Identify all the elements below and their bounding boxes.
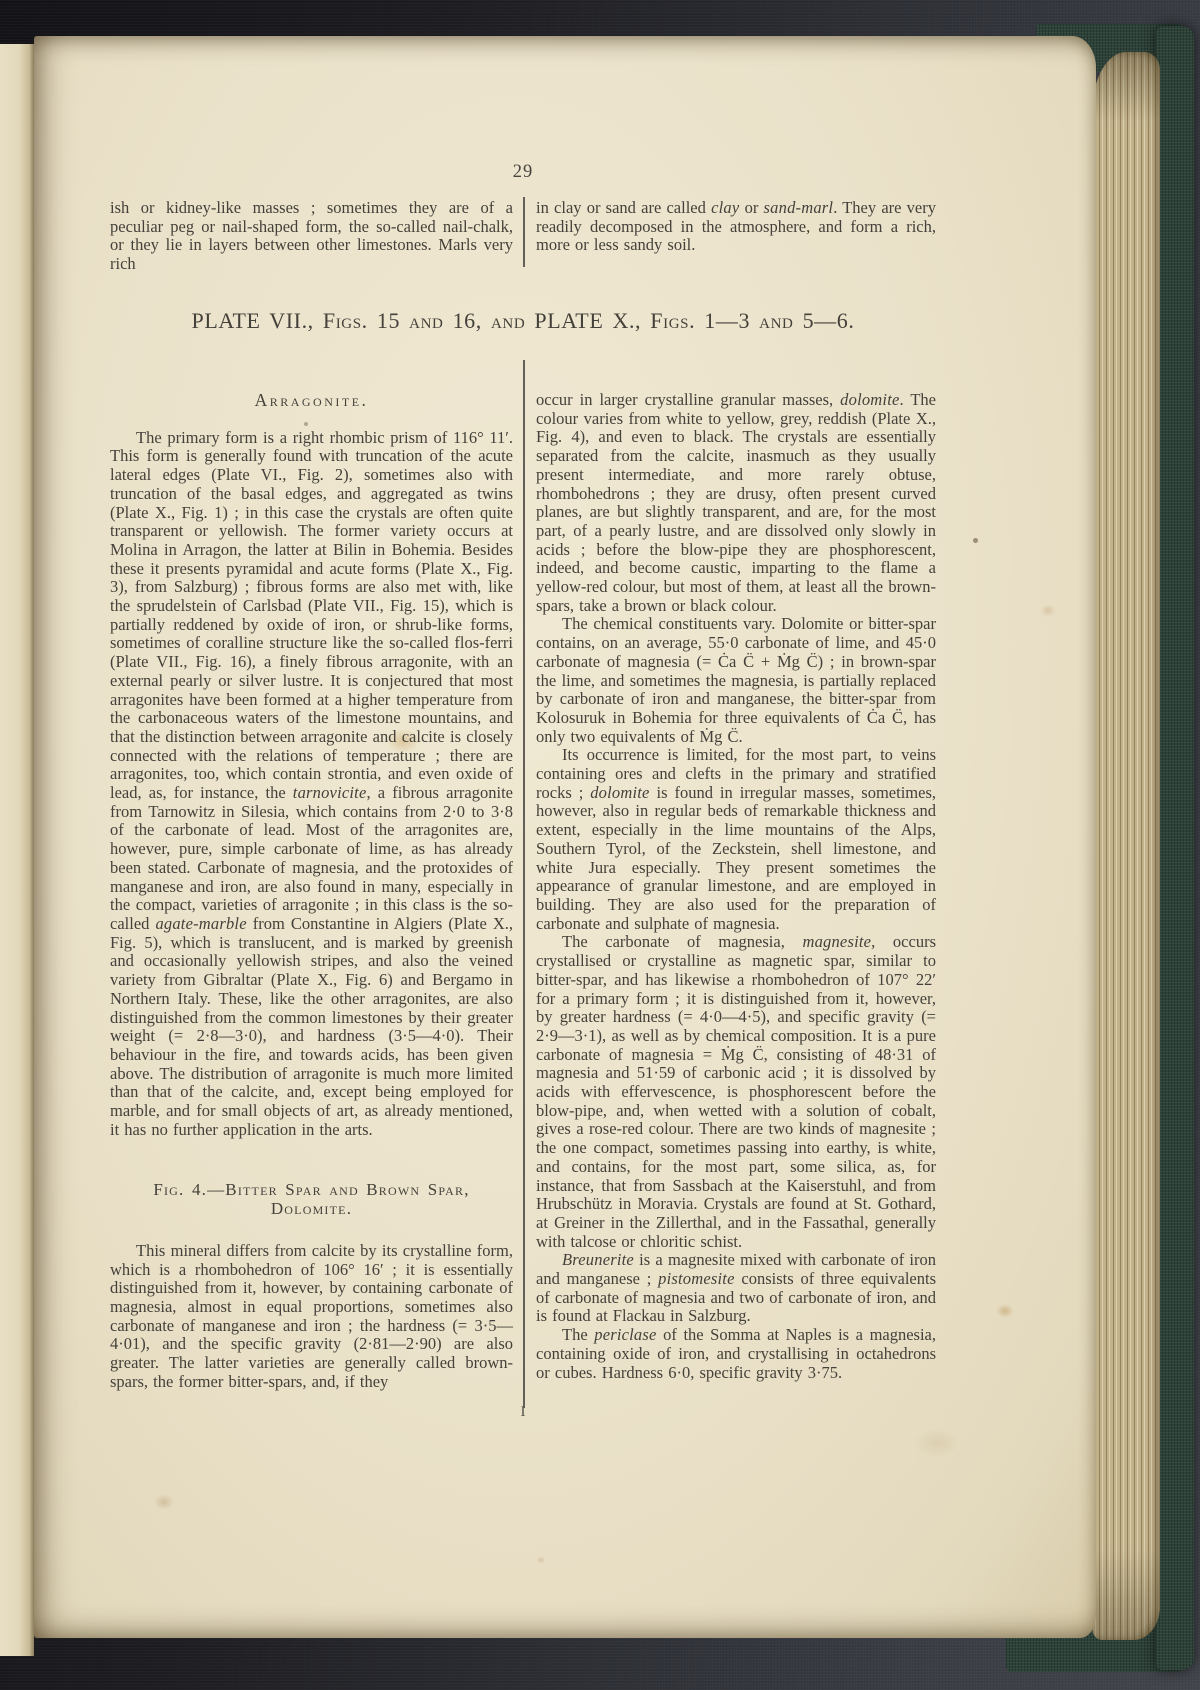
paragraph: This mineral differs from calcite by its… bbox=[110, 1242, 513, 1392]
facing-page-edge bbox=[0, 44, 34, 1656]
paragraph: The chemical constituents vary. Dolomite… bbox=[536, 615, 936, 746]
page-stack-fore-edge bbox=[1092, 52, 1160, 1640]
paragraph: ish or kidney-like masses ; sometimes th… bbox=[110, 199, 513, 274]
book-page: 29 ish or kidney-like masses ; sometimes… bbox=[34, 36, 1096, 1638]
main-text-section: Arragonite. The primary form is a right … bbox=[110, 391, 936, 1391]
foxing-spot bbox=[973, 538, 978, 543]
figure-heading-dolomite: Fig. 4.—Bitter Spar and Brown Spar, Dolo… bbox=[110, 1181, 513, 1218]
book-cover-spine-edge bbox=[1156, 26, 1194, 1670]
left-column: Arragonite. The primary form is a right … bbox=[110, 391, 513, 1391]
paragraph: Breunerite is a magnesite mixed with car… bbox=[536, 1251, 936, 1326]
foxing-spot bbox=[914, 1428, 960, 1458]
paragraph: The primary form is a right rhombic pris… bbox=[110, 429, 513, 1140]
paragraph: The carbonate of magnesia, magnesite, oc… bbox=[536, 933, 936, 1251]
foxing-spot bbox=[1040, 604, 1056, 617]
top-continuation-section: ish or kidney-like masses ; sometimes th… bbox=[110, 199, 936, 274]
page-number: 29 bbox=[110, 162, 936, 183]
dolomite-paragraphs: This mineral differs from calcite by its… bbox=[110, 1242, 513, 1392]
top-left-column: ish or kidney-like masses ; sometimes th… bbox=[110, 199, 513, 274]
top-right-column: in clay or sand are called clay or sand-… bbox=[536, 199, 936, 274]
foxing-spot bbox=[154, 1494, 174, 1510]
foxing-spot bbox=[996, 1304, 1014, 1318]
foxing-spot bbox=[536, 1556, 546, 1564]
paragraph: The periclase of the Somma at Naples is … bbox=[536, 1326, 936, 1382]
signature-mark: I bbox=[110, 1404, 936, 1421]
paragraph: in clay or sand are called clay or sand-… bbox=[536, 199, 936, 255]
photographed-book: 29 ish or kidney-like masses ; sometimes… bbox=[0, 0, 1200, 1690]
plate-heading: PLATE VII., Figs. 15 and 16, and PLATE X… bbox=[110, 308, 936, 334]
right-column: occur in larger crystalline granular mas… bbox=[536, 391, 936, 1391]
paragraph: occur in larger crystalline granular mas… bbox=[536, 391, 936, 615]
arragonite-paragraphs: The primary form is a right rhombic pris… bbox=[110, 429, 513, 1140]
paragraph: Its occurrence is limited, for the most … bbox=[536, 746, 936, 933]
section-heading-arragonite: Arragonite. bbox=[110, 391, 513, 410]
